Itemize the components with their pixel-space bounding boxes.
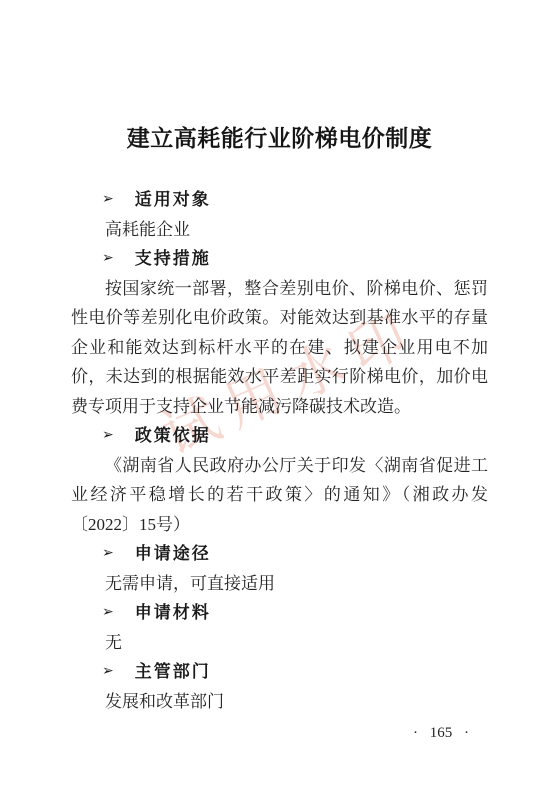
section-heading-row: ➢ 支持措施 bbox=[71, 244, 488, 274]
section-support-measures: ➢ 支持措施 按国家统一部署，整合差别电价、阶梯电价、惩罚性电价等差别化电价政策… bbox=[71, 244, 488, 421]
arrow-bullet-icon: ➢ bbox=[102, 598, 114, 628]
section-heading-label: 申请途径 bbox=[135, 539, 211, 569]
arrow-bullet-icon: ➢ bbox=[102, 244, 114, 274]
section-application-channel: ➢ 申请途径 无需申请，可直接适用 bbox=[71, 539, 488, 598]
section-competent-department: ➢ 主管部门 发展和改革部门 bbox=[71, 657, 488, 716]
arrow-bullet-icon: ➢ bbox=[102, 421, 114, 451]
arrow-bullet-icon: ➢ bbox=[102, 539, 114, 569]
section-heading-label: 支持措施 bbox=[135, 244, 211, 274]
section-body-text: 无需申请，可直接适用 bbox=[71, 569, 488, 599]
page-number: · 165 · bbox=[413, 722, 469, 744]
section-body-text: 《湖南省人民政府办公厅关于印发〈湖南省促进工业经济平稳增长的若干政策〉的通知》（… bbox=[71, 451, 488, 540]
document-page: 试用水印 建立高耗能行业阶梯电价制度 ➢ 适用对象 高耗能企业 ➢ 支持措施 按… bbox=[0, 0, 559, 793]
section-body-text: 无 bbox=[71, 628, 488, 658]
arrow-bullet-icon: ➢ bbox=[102, 185, 114, 215]
section-heading-row: ➢ 主管部门 bbox=[71, 657, 488, 687]
section-heading-label: 适用对象 bbox=[135, 185, 211, 215]
section-body-text: 按国家统一部署，整合差别电价、阶梯电价、惩罚性电价等差别化电价政策。对能效达到基… bbox=[71, 274, 488, 422]
section-body-text: 发展和改革部门 bbox=[71, 687, 488, 717]
section-heading-label: 政策依据 bbox=[135, 421, 211, 451]
section-heading-label: 主管部门 bbox=[135, 657, 211, 687]
arrow-bullet-icon: ➢ bbox=[102, 657, 114, 687]
section-heading-row: ➢ 申请途径 bbox=[71, 539, 488, 569]
section-body-text: 高耗能企业 bbox=[71, 215, 488, 245]
section-policy-basis: ➢ 政策依据 《湖南省人民政府办公厅关于印发〈湖南省促进工业经济平稳增长的若干政… bbox=[71, 421, 488, 539]
document-title: 建立高耗能行业阶梯电价制度 bbox=[71, 124, 488, 154]
section-heading-label: 申请材料 bbox=[135, 598, 211, 628]
section-heading-row: ➢ 申请材料 bbox=[71, 598, 488, 628]
page-content: 建立高耗能行业阶梯电价制度 ➢ 适用对象 高耗能企业 ➢ 支持措施 按国家统一部… bbox=[71, 0, 488, 716]
section-heading-row: ➢ 适用对象 bbox=[71, 185, 488, 215]
section-heading-row: ➢ 政策依据 bbox=[71, 421, 488, 451]
section-application-materials: ➢ 申请材料 无 bbox=[71, 598, 488, 657]
section-applicable-target: ➢ 适用对象 高耗能企业 bbox=[71, 185, 488, 244]
